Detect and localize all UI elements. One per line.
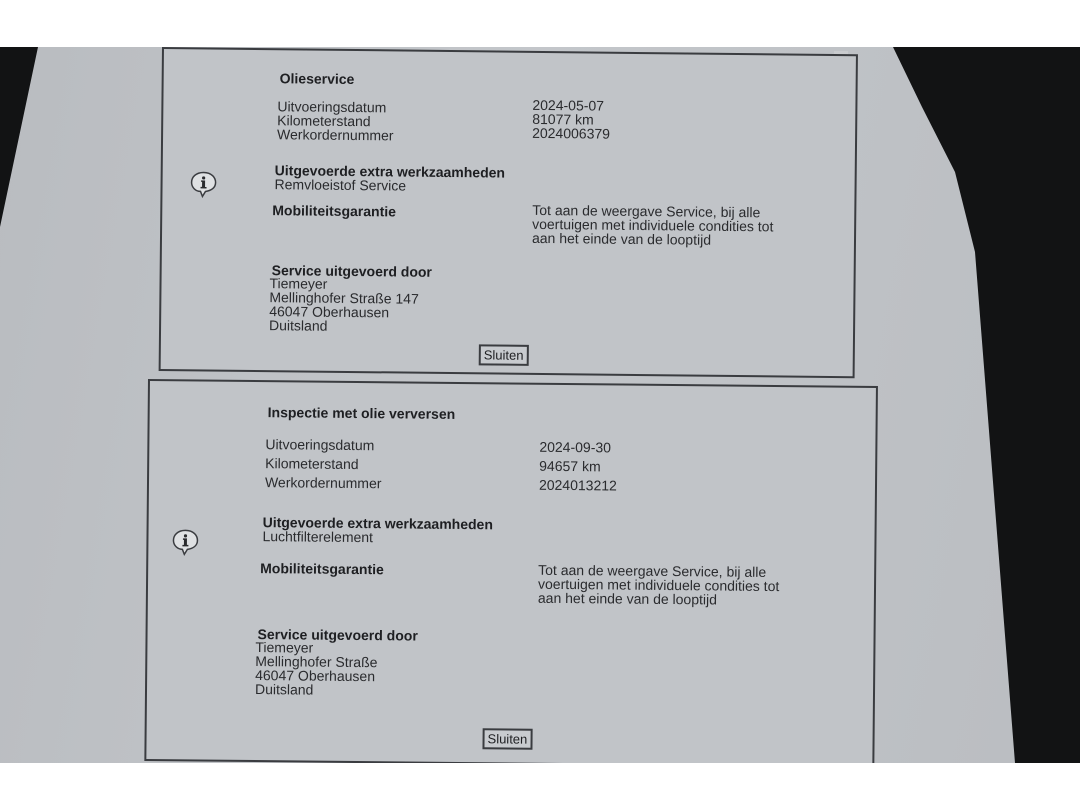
photo-background: m n Olieservice Uitvoeringsdatum 2024-05… <box>0 47 1080 763</box>
mobility-heading: Mobiliteitsgarantie <box>260 560 384 577</box>
field-value: 2024006379 <box>532 125 610 142</box>
extra-work-value: Luchtfilterelement <box>262 528 373 545</box>
dialog-title: Inspectie met olie verversen <box>268 404 456 422</box>
dialog-title: Olieservice <box>280 70 355 87</box>
mobility-heading: Mobiliteitsgarantie <box>272 202 396 219</box>
field-label: Werkordernummer <box>265 474 382 491</box>
service-record-dialog: Olieservice Uitvoeringsdatum 2024-05-07 … <box>159 47 858 378</box>
field-label: Werkordernummer <box>277 126 394 143</box>
info-speech-bubble-icon <box>188 169 218 199</box>
field-value: 2024013212 <box>539 477 617 494</box>
address-line: Duitsland <box>269 318 419 334</box>
service-record-dialog: Inspectie met olie verversen Uitvoerings… <box>144 379 878 763</box>
field-label: Kilometerstand <box>265 455 359 472</box>
field-value: 2024-09-30 <box>539 439 611 456</box>
performed-by-address: Tiemeyer Mellinghofer Straße 46047 Oberh… <box>255 640 378 697</box>
field-label: Uitvoeringsdatum <box>265 436 374 453</box>
field-value: 94657 km <box>539 458 601 475</box>
extra-work-value: Remvloeistof Service <box>274 176 406 193</box>
address-line: Duitsland <box>255 682 377 697</box>
info-speech-bubble-icon <box>170 527 200 557</box>
close-button[interactable]: Sluiten <box>479 344 529 366</box>
mobility-text: Tot aan de weergave Service, bij alle vo… <box>532 203 812 248</box>
close-button[interactable]: Sluiten <box>482 728 532 749</box>
performed-by-address: Tiemeyer Mellinghofer Straße 147 46047 O… <box>269 276 419 334</box>
mobility-text: Tot aan de weergave Service, bij alle vo… <box>538 563 818 608</box>
printed-paper: m n Olieservice Uitvoeringsdatum 2024-05… <box>0 47 1080 763</box>
